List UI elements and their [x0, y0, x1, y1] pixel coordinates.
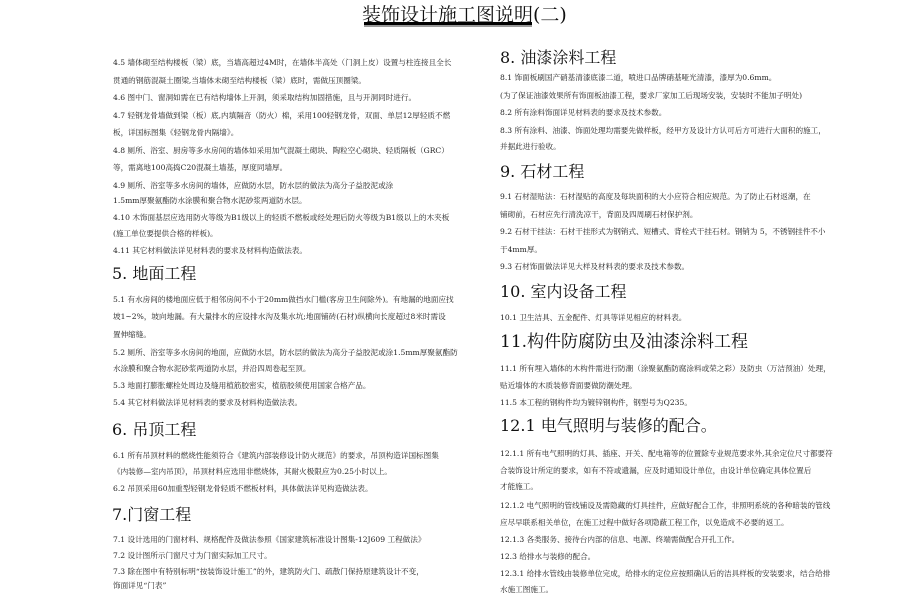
text-line: 5.4 其它材料做法详见材料表的要求及材料构造做法表。 [113, 398, 302, 408]
text-line: 水施工图施工。 [500, 585, 553, 595]
text-line: 坡1~2%，坡向地漏。有大量排水的应设排水沟及集水坑;地面铺砖(石材)纵横向长度… [113, 312, 446, 322]
title-underline-shadow [364, 25, 532, 27]
text-line: 铺砌前，石材应先行清洗凉干，背面及四周刷石材保护剂。 [500, 210, 697, 220]
text-line: 10.1 卫生洁具、五金配件、灯具等详见相应的材料表。 [500, 313, 686, 323]
text-line: 应尽早联系相关单位，在施工过程中做好各项隐蔽工程工作，以免造成不必要的返工。 [500, 518, 789, 528]
section-heading-electrical: 12.1 电气照明与装修的配合。 [500, 416, 717, 436]
text-line: 饰面详见“门表” [113, 581, 166, 591]
text-line: 9.3 石材饰面做法详见大样及材料表的要求及技术参数。 [500, 262, 689, 272]
text-line: 8.1 饰面板刷国产硝基清漆底漆二道，喷进口品牌硝基哑光清漆，漆厚为0.6mm。 [500, 73, 776, 83]
section-heading-floor: 5. 地面工程 [112, 264, 196, 284]
section-heading-stone: 9. 石材工程 [500, 162, 584, 182]
text-line: 4.6 图中门、窗洞如需在已有结构墙体上开洞，须采取结构加固措施，且与开洞同时进… [113, 93, 416, 103]
text-line: (施工单位要提供合格的样板)。 [113, 229, 218, 239]
text-line: 4.7 轻钢龙骨墙做到梁（板）底,内填隔音（防火）棉，采用100轻钢龙骨，双面、… [113, 111, 450, 121]
text-line: 5.1 有水房间的楼地面应低于相邻房间不小于20mm做挡水门槛(客房卫生间除外)… [113, 295, 454, 305]
text-line: 7.1 设计选用的门窗材料、规格配件及做法参照《国家建筑标准设计图集-12J60… [113, 535, 425, 545]
text-line: 12.3 给排水与装修的配合。 [500, 552, 595, 562]
text-line: 12.3.1 给排水管线由装修单位完成，给排水的定位应按照确认后的洁具样板的安装… [500, 569, 830, 579]
text-line: 11.5 本工程的钢构件均为镀锌钢构件，钢型号为Q235。 [500, 398, 692, 408]
text-line: 6.2 吊顶采用60加重型轻钢龙骨轻质不燃板材料，具体做法详见构造做法表。 [113, 484, 373, 494]
section-heading-equipment: 10. 室内设备工程 [500, 282, 627, 302]
section-heading-ceiling: 6. 吊顶工程 [112, 420, 196, 440]
section-heading-anticorrosion: 11.构件防腐防虫及油漆涂料工程 [500, 332, 748, 352]
text-line: 4.10 木饰面基层应选用防火等级为B1级以上的轻质不燃板或经处理后防火等级为B… [113, 213, 449, 223]
text-line: 水涂膜和聚合物水泥砂浆两道防水层，并沿四周卷起至顶。 [113, 364, 310, 374]
text-line: 4.5 墙体砌至结构楼板（梁）底，当墙高超过4M时，在墙体半高处（门洞上皮）设置… [113, 58, 451, 68]
text-line: 于4mm厚。 [500, 245, 542, 255]
text-line: 8.2 所有涂料饰面详见材料表的要求及技术参数。 [500, 108, 666, 118]
text-line: 4.11 其它材料做法详见材料表的要求及材料构造做法表。 [113, 246, 307, 256]
text-line: 6.1 所有吊顶材料的燃烧性能须符合《建筑内部装修设计防火规范》的要求，吊顶构造… [113, 451, 439, 461]
text-line: 并据此进行验收。 [500, 142, 561, 152]
text-line: 《内装修—室内吊顶》，吊顶材料应选用非燃烧体，其耐火极限应为0.25小时以上。 [113, 467, 392, 477]
text-line: 贯通的钢筋混凝土圈梁,当墙体未砌至结构楼板（梁）底时，需做压顶圈梁。 [113, 76, 366, 86]
text-line: 合装饰设计所定的要求，如有不符或遗漏，应及时通知设计单位，由设计单位确定具体位置… [500, 466, 811, 476]
text-line: 置伸缩缝。 [113, 330, 151, 340]
text-line: 4.8 厕所、浴室、厨房等多水房间的墙体如采用加气混凝土砌块、陶粒空心砌块、轻质… [113, 146, 449, 156]
section-heading-doors-windows: 7.门窗工程 [112, 505, 191, 525]
section-heading-paint: 8. 油漆涂料工程 [500, 48, 616, 68]
text-line: (为了保证油漆效果所有饰面板油漆工程，要求厂家加工后现场安装，安装时不能加子明处… [500, 91, 802, 101]
text-line: 11.1 所有埋入墙体的木构件需进行防潮（涂聚氨酯防腐涂料或荣之彩）及防虫（万洁… [500, 364, 831, 374]
text-line: 1.5mm厚聚氨酯防水涂膜和聚合物水泥砂浆两道防水层。 [113, 196, 307, 206]
text-line: 4.9 厕所、浴室等多水房间的墙体，应做防水层，防水层的做法为高分子益胶泥或涂 [113, 181, 393, 191]
text-line: 9.2 石材干挂法：石材干挂形式为钢销式、短槽式、背栓式干挂石材。钢销为 5，不… [500, 227, 825, 237]
text-line: 5.3 地面打膨胀螺栓处周边及缝用植筋胶密实，植筋胶须使用国家合格产品。 [113, 381, 371, 391]
text-line: 等，需离地100高捣C20混凝土墙基，厚度同墙厚。 [113, 163, 287, 173]
text-line: 12.1.3 各类服务、接待台内部的信息、电源、终端需做配合开孔工作。 [500, 535, 739, 545]
text-line: 12.1.1 所有电气照明的灯具、插座、开关、配电箱等的位置除专业规范要求外,其… [500, 449, 833, 459]
text-line: 5.2 厕所、浴室等多水房间的地面，应做防水层，防水层的做法为高分子益胶泥或涂1… [113, 348, 458, 358]
text-line: 贴近墙体的木质装修背面要做防潮处理。 [500, 381, 637, 391]
text-line: 12.1.2 电气照明的管线铺设及需隐藏的灯具挂件，应做好配合工作，非照明系统的… [500, 501, 830, 511]
text-line: 7.3 除在图中有特别标明“按装饰设计施工”的外，建筑防火门、疏散门保持原建筑设… [113, 567, 424, 577]
text-line: 才能施工。 [500, 482, 538, 492]
text-line: 7.2 设计图所示门窗尺寸为门窗实际加工尺寸。 [113, 551, 272, 561]
text-line: 8.3 所有涂料、油漆、饰面处理均需要先做样板，经甲方及设计方认可后方可进行大面… [500, 126, 826, 136]
text-line: 9.1 石材湿贴法：石材湿贴的高度及每块面积的大小应符合相应规范。为了防止石材返… [500, 192, 811, 202]
text-line: 板，详国标图集《轻钢龙骨内隔墙》。 [113, 128, 238, 138]
